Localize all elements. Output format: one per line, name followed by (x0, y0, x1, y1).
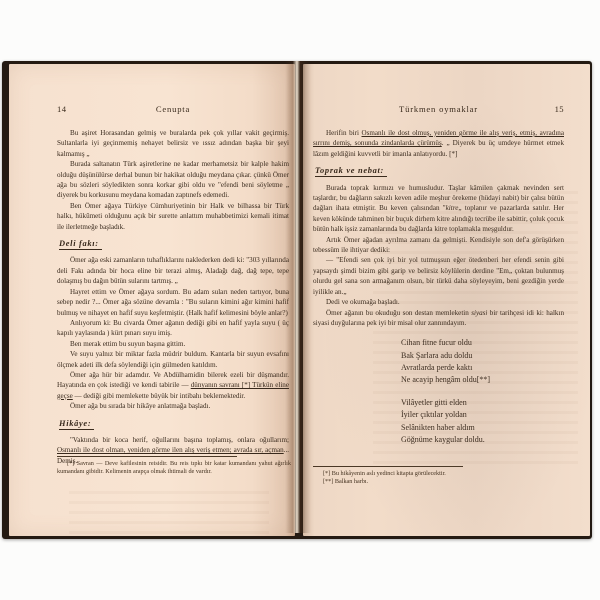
page-body-right: Herifin biri Osmanlı ile dost olmuş, yen… (313, 128, 564, 446)
paragraph: Ben merak ettim bu suyun başına gittim. (57, 339, 289, 349)
poem: Cihan fitne fucur oldu Bak Şarlara adu d… (401, 337, 564, 446)
poem-line: İyiler çıktılar yoldan (401, 409, 564, 421)
paragraph: Artık Ömer ağadan ayrılma zamanı da gelm… (313, 235, 564, 256)
poem-line: Avratlarda perde kaktı (401, 362, 564, 374)
paragraph: Hayret ettim ve Ömer ağaya sordum. Bu ad… (57, 287, 289, 318)
poem-line: Ne acayip hengâm oldu[**] (401, 374, 564, 386)
footnote-block-left: [*] Savran — Deve kafilesinin reisidir. … (57, 456, 291, 476)
running-title: Cenupta (91, 104, 255, 114)
paragraph-savran: Ömer ağa hür bir adamdır. Ve Abdülhamidi… (57, 370, 289, 401)
heading-text: Hikâye: (59, 419, 94, 430)
paragraph: Dedi ve okumağa başladı. (313, 297, 564, 307)
page-left: 14 Cenupta Bu aşiret Horasandan gelmiş v… (9, 64, 295, 536)
poem-line: Cihan fitne fucur oldu (401, 337, 564, 349)
text-run: — dediği gibi memlekette büyük bir intib… (73, 392, 245, 400)
italic-text: siyasi (471, 309, 487, 317)
heading-text: Toprak ve nebat: (315, 166, 387, 177)
footnote: [*] Savran — Deve kafilesinin reisidir. … (57, 460, 291, 476)
text-run: "Vaktında bir koca herif, oğullarını baş… (70, 436, 289, 444)
paragraph: Ve suyu yalnız bir miktar fazla müdrir b… (57, 349, 289, 370)
footnote: [**] Balkan harbı. (313, 478, 565, 486)
section-heading-hikaye: Hikâye: (57, 419, 289, 429)
footnote-rule (57, 456, 237, 457)
paragraph: Burada saltanatın Türk aşiretlerine ne k… (57, 159, 289, 201)
page-header-left: 14 Cenupta (57, 104, 289, 114)
book-photo: 14 Cenupta Bu aşiret Horasandan gelmiş v… (0, 0, 600, 600)
poem-line: Göğnüme kaygular doldu. (401, 434, 564, 446)
italic-text: kitre (446, 204, 459, 212)
footnote-block-right: [*] Bu hikâyenin aslı yedinci kitapta gö… (313, 466, 565, 486)
paragraph: Ben Ömer ağaya Türkiye Cümhuriyetinin bi… (57, 201, 289, 232)
page-number: 14 (57, 104, 91, 114)
section-heading-toprak: Toprak ve nebat: (313, 166, 564, 176)
footnote: [*] Bu hikâyenin aslı yedinci kitapta gö… (313, 470, 565, 478)
text-run: Herifin biri (326, 129, 362, 137)
poem-stanza: Vilâyetler gitti elden İyiler çıktılar y… (401, 397, 564, 446)
text-run: Ömer ağanın bu okuduğu son destan memlek… (326, 309, 471, 317)
poem-line: Vilâyetler gitti elden (401, 397, 564, 409)
open-book: 14 Cenupta Bu aşiret Horasandan gelmiş v… (2, 61, 592, 539)
paragraph: Ömer ağa bu sırada bir hikâye anlatmağa … (57, 401, 289, 411)
page-number: 15 (530, 104, 564, 114)
poem-line: Bak Şarlara adu doldu (401, 350, 564, 362)
paragraph-destan: Ömer ağanın bu okuduğu son destan memlek… (313, 308, 564, 329)
page-body-left: Bu aşiret Horasandan gelmiş ve buralarda… (57, 128, 289, 466)
poem-line: Selânikten haber aldım (401, 422, 564, 434)
paragraph: Bu aşiret Horasandan gelmiş ve buralarda… (57, 128, 289, 159)
underlined-text: Osmanlı ile dost olman, yeniden görme il… (57, 446, 284, 454)
page-right: Türkmen oymaklar 15 Herifin biri Osmanlı… (303, 64, 590, 536)
running-title: Türkmen oymaklar (347, 104, 530, 114)
page-header-right: Türkmen oymaklar 15 (313, 104, 564, 114)
paragraph: — "Efendi sen çok iyi bir yol tutmuşsun … (313, 255, 564, 297)
footnote-rule (313, 466, 463, 467)
paragraph: Anlıyorum ki: Bu civarda Ömer ağanın ded… (57, 318, 289, 339)
poem-stanza: Cihan fitne fucur oldu Bak Şarlara adu d… (401, 337, 564, 386)
paragraph-kitre: Burada toprak kırmızı ve humusludur. Taş… (313, 183, 564, 235)
paragraph: Ömer ağa eski zamanların tuhaflıklarını … (57, 255, 289, 286)
paragraph-herif: Herifin biri Osmanlı ile dost olmuş, yen… (313, 128, 564, 159)
heading-text: Deli fakı: (59, 239, 102, 250)
section-heading-deli-faki: Deli fakı: (57, 239, 289, 249)
